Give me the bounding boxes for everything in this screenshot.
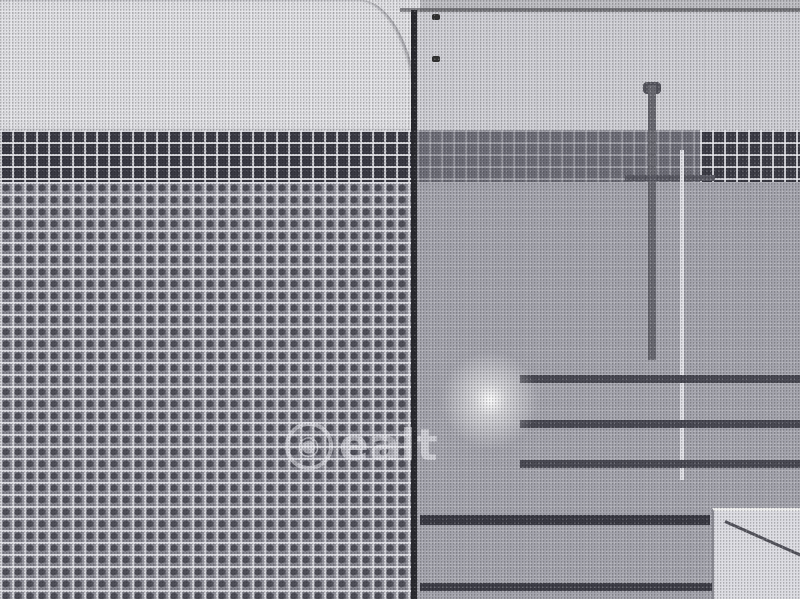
tile-stripe [520, 420, 800, 428]
glass-top-rail [400, 8, 800, 12]
watermark: ◉ ealt [285, 420, 439, 471]
watermark-text: ealt [339, 420, 439, 471]
glass-partition-frame [411, 10, 417, 599]
shower-riser-pipe [648, 85, 656, 360]
shower-mosaic-patch [700, 130, 800, 182]
glass-bracket [432, 14, 440, 20]
tile-stripe [520, 375, 800, 383]
shower-upper-wall [417, 12, 800, 130]
arched-wall-edge [0, 0, 420, 130]
glass-bracket [432, 56, 440, 62]
bathroom-photo: ◉ ealt [0, 0, 800, 599]
flash-glare [430, 345, 550, 455]
tile-stripe [520, 460, 800, 468]
camera-lens-icon: ◉ [285, 422, 333, 470]
dark-mosaic-band [0, 130, 420, 182]
mosaic-tile-wall [0, 182, 420, 599]
tile-stripe [420, 515, 710, 525]
shower-rail [680, 150, 684, 480]
shower-crossbar [625, 175, 715, 181]
